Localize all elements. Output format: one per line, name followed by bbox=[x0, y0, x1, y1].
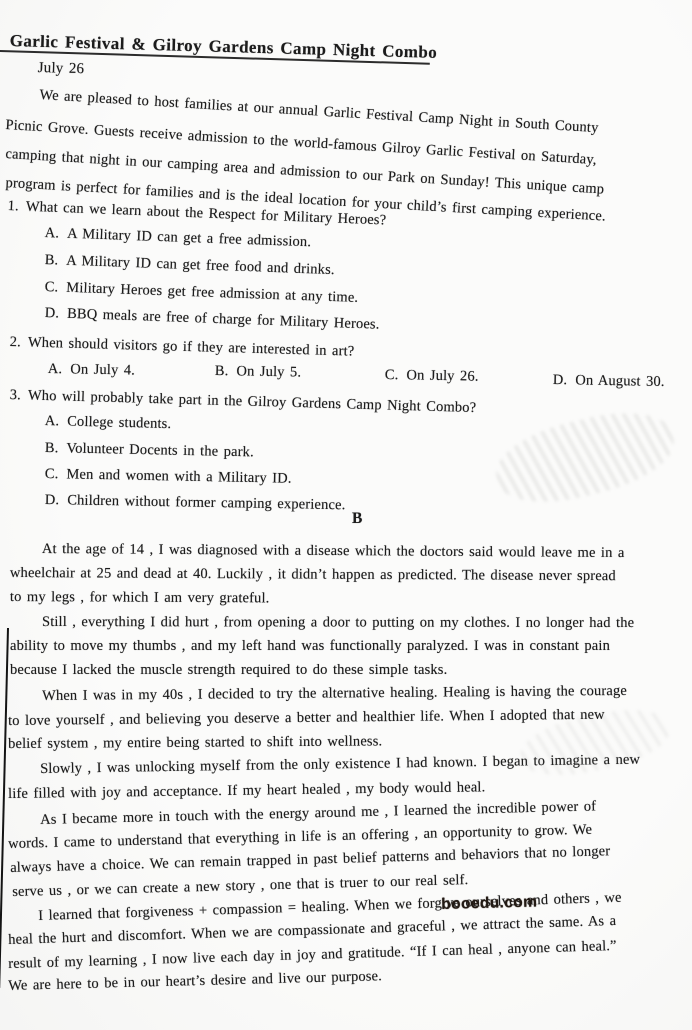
option-text: Military Heroes get free admission at an… bbox=[66, 280, 358, 306]
date-line: July 26 bbox=[38, 60, 85, 78]
passage-line: to my legs , for which I am very gratefu… bbox=[10, 589, 270, 607]
question-number: 2. bbox=[10, 334, 22, 350]
passage-line: Still , everything I did hurt , from ope… bbox=[42, 614, 634, 632]
passage-line: When I was in my 40s , I decided to try … bbox=[42, 683, 627, 705]
ghost-smudge bbox=[489, 399, 682, 515]
question-3-option-c: C.Men and women with a Military ID. bbox=[45, 466, 292, 488]
question-1-option-b: B.A Military ID can get free food and dr… bbox=[44, 252, 335, 279]
option-label: C. bbox=[385, 367, 399, 383]
option-label: B. bbox=[44, 252, 58, 268]
option-text: Children without former camping experien… bbox=[67, 492, 345, 513]
passage-line: because I lacked the muscle strength req… bbox=[10, 662, 447, 679]
question-2-option-c: C.On July 26. bbox=[385, 367, 479, 386]
option-label: C. bbox=[44, 279, 58, 295]
option-text: Men and women with a Military ID. bbox=[66, 466, 291, 486]
option-text: On July 5. bbox=[236, 363, 301, 380]
option-label: B. bbox=[215, 363, 229, 379]
question-2-option-d: D.On August 30. bbox=[553, 372, 665, 391]
option-label: B. bbox=[45, 440, 59, 456]
option-text: A Military ID can get a free admission. bbox=[67, 226, 312, 251]
question-2-option-a: A.On July 4. bbox=[48, 361, 135, 380]
option-text: BBQ meals are free of charge for Militar… bbox=[67, 306, 380, 333]
passage-line: belief system , my entire being started … bbox=[8, 733, 382, 753]
question-3: 3.Who will probably take part in the Gil… bbox=[10, 387, 477, 417]
passage-line: We are here to be in our heart’s desire … bbox=[8, 968, 382, 995]
question-1-option-c: C.Military Heroes get free admission at … bbox=[44, 279, 358, 307]
question-3-option-b: B.Volunteer Docents in the park. bbox=[45, 440, 254, 461]
passage-line: life filled with joy and acceptance. If … bbox=[8, 779, 485, 803]
option-label: D. bbox=[45, 492, 60, 508]
question-3-option-a: A.College students. bbox=[45, 413, 172, 433]
option-label: A. bbox=[44, 225, 59, 241]
booedu-watermark: booedu.com bbox=[441, 893, 538, 914]
option-label: D. bbox=[44, 305, 59, 321]
passage-line: wheelchair at 25 and dead at 40. Luckily… bbox=[10, 565, 616, 585]
option-text: On July 26. bbox=[406, 367, 478, 384]
option-label: A. bbox=[48, 361, 63, 377]
option-text: On August 30. bbox=[575, 372, 665, 390]
question-text: When should visitors go if they are inte… bbox=[28, 335, 355, 360]
option-label: D. bbox=[553, 372, 568, 388]
question-text: Who will probably take part in the Gilro… bbox=[28, 388, 477, 417]
question-1-option-d: D.BBQ meals are free of charge for Milit… bbox=[44, 305, 379, 334]
option-text: A Military ID can get free food and drin… bbox=[66, 253, 335, 278]
question-3-option-d: D.Children without former camping experi… bbox=[45, 492, 346, 514]
option-label: C. bbox=[45, 466, 59, 482]
question-2: 2.When should visitors go if they are in… bbox=[10, 334, 355, 361]
question-number: 3. bbox=[10, 387, 22, 403]
option-label: A. bbox=[45, 413, 60, 429]
passage-line: to love yourself , and believing you des… bbox=[8, 707, 605, 730]
question-2-option-b: B.On July 5. bbox=[215, 363, 302, 382]
option-text: On July 4. bbox=[70, 361, 135, 378]
passage-line: At the age of 14 , I was diagnosed with … bbox=[42, 541, 625, 562]
option-text: Volunteer Docents in the park. bbox=[66, 440, 254, 460]
scanned-exam-page: Garlic Festival & Gilroy Gardens Camp Ni… bbox=[0, 0, 692, 1030]
question-number: 1. bbox=[7, 198, 19, 214]
option-text: College students. bbox=[67, 414, 171, 433]
question-1-option-a: A.A Military ID can get a free admission… bbox=[44, 225, 311, 251]
passage-line: ability to move my thumbs , and my left … bbox=[10, 638, 610, 655]
section-b-heading: B bbox=[352, 510, 363, 528]
